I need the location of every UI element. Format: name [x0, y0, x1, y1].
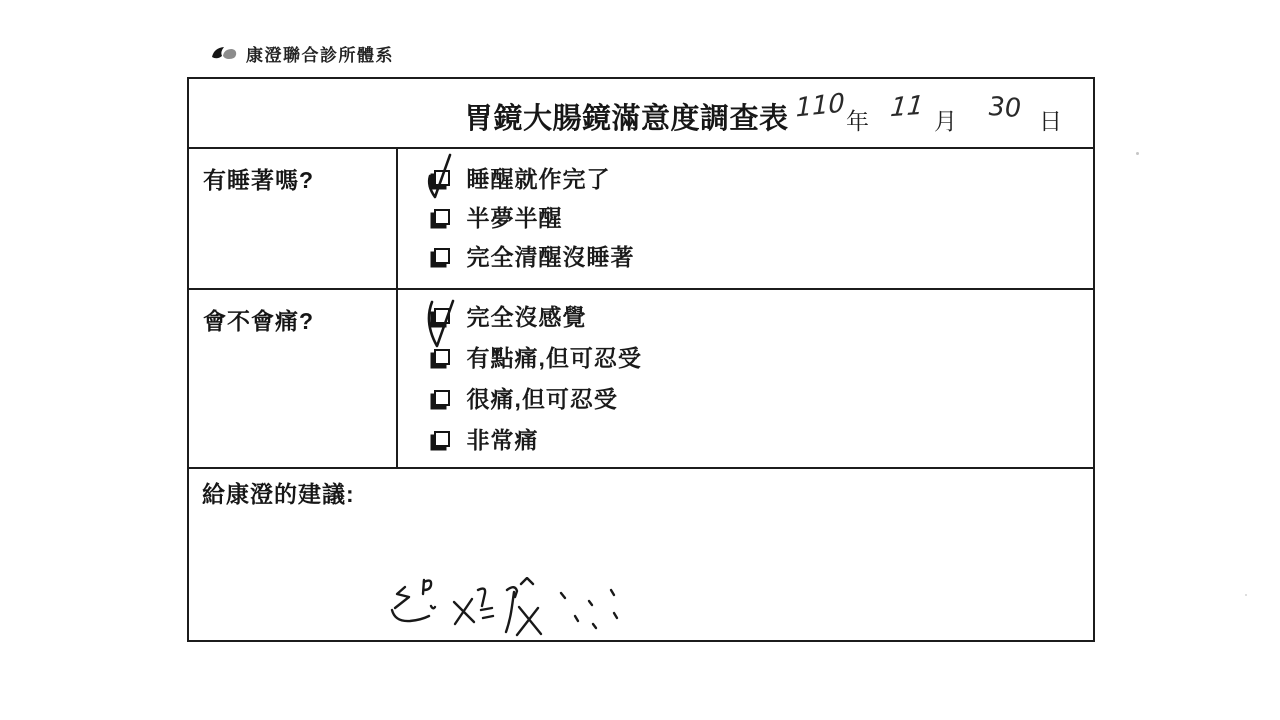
scan-speck: [1245, 594, 1247, 596]
year-label: 年: [846, 103, 869, 136]
option-label: 很痛,但可忍受: [467, 381, 618, 414]
option-woke-up-done: 睡醒就作完了: [398, 158, 1094, 197]
handwritten-note: [388, 577, 632, 639]
scanned-survey-page: 康澄聯合診所體系 胃鏡大腸鏡滿意度調查表 110 年 11 月 30 日 有睡著…: [0, 0, 1280, 720]
survey-table: 胃鏡大腸鏡滿意度調查表 110 年 11 月 30 日 有睡著嗎? 睡醒就作完了: [187, 77, 1095, 642]
question-label-sleep: 有睡著嗎?: [189, 149, 398, 288]
option-label: 半夢半醒: [467, 200, 563, 233]
handwritten-day: 30: [985, 92, 1023, 124]
month-label: 月: [934, 103, 957, 136]
option-label: 完全沒感覺: [467, 299, 587, 332]
option-label: 有點痛,但可忍受: [467, 340, 642, 373]
checkbox-icon: [434, 248, 450, 264]
suggestion-label: 給康澄的建議:: [202, 481, 355, 507]
day-label: 日: [1039, 103, 1062, 136]
option-half-asleep: 半夢半醒: [398, 197, 1094, 236]
handwritten-month: 11: [886, 91, 928, 124]
handwritten-year: 110: [792, 88, 847, 124]
checkbox-icon: [434, 390, 450, 406]
handwritten-note-transcription: 超推薦…: [355, 476, 356, 477]
checkbox-icon: [434, 349, 450, 365]
clinic-logo: 康澄聯合診所體系: [209, 41, 394, 66]
question-row-sleep: 有睡著嗎? 睡醒就作完了 半夢半醒 完全清醒沒睡著: [189, 149, 1093, 290]
option-no-feeling: 完全沒感覺: [398, 295, 1094, 336]
clinic-leaf-logo-icon: [209, 44, 239, 64]
option-label: 完全清醒沒睡著: [467, 239, 635, 272]
option-fully-awake: 完全清醒沒睡著: [398, 236, 1094, 275]
clinic-logo-text: 康澄聯合診所體系: [246, 41, 394, 66]
question-row-pain: 會不會痛? 完全沒感覺 有點痛,但可忍受 很痛,但可忍受: [189, 290, 1093, 469]
checkbox-icon: [434, 431, 450, 447]
option-label: 睡醒就作完了: [467, 161, 611, 194]
options-cell-sleep: 睡醒就作完了 半夢半醒 完全清醒沒睡著: [398, 149, 1094, 288]
title-row: 胃鏡大腸鏡滿意度調查表 110 年 11 月 30 日: [189, 79, 1093, 149]
form-title: 胃鏡大腸鏡滿意度調查表: [464, 96, 789, 137]
option-extreme-pain: 非常痛: [398, 418, 1094, 459]
option-very-pain-bearable: 很痛,但可忍受: [398, 377, 1094, 418]
option-label: 非常痛: [467, 422, 539, 455]
question-label-pain: 會不會痛?: [189, 290, 398, 467]
option-slight-pain: 有點痛,但可忍受: [398, 336, 1094, 377]
checkbox-icon: [434, 209, 450, 225]
suggestion-row: 給康澄的建議: 超推薦…: [189, 469, 1093, 638]
options-cell-pain: 完全沒感覺 有點痛,但可忍受 很痛,但可忍受 非常痛: [398, 290, 1094, 467]
checkbox-icon: [434, 308, 450, 324]
checkbox-icon: [434, 170, 450, 186]
scan-speck: [1136, 152, 1139, 155]
